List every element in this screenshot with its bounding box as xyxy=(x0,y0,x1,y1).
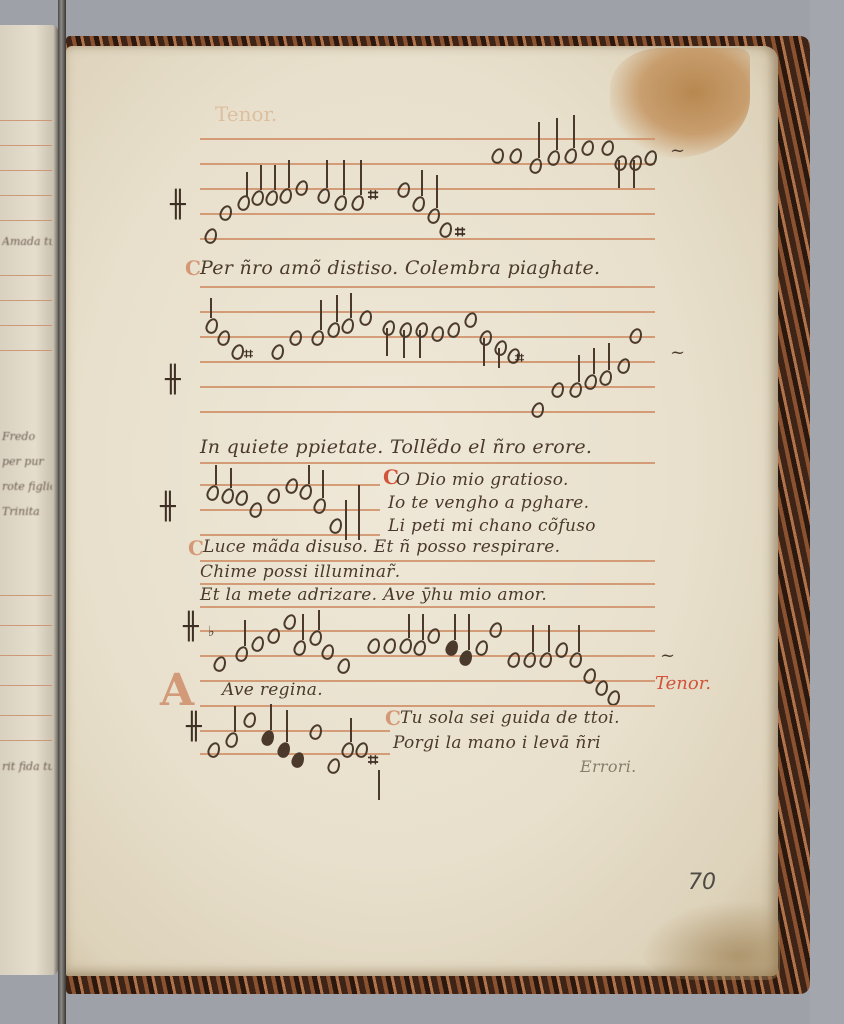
left-page-text: rote figlio xyxy=(2,480,52,493)
left-staff-line xyxy=(0,170,52,171)
note-stem xyxy=(403,330,405,358)
staff-line xyxy=(200,163,655,165)
staff-line xyxy=(200,311,655,313)
note-stem xyxy=(230,468,232,488)
note-stem xyxy=(538,122,540,158)
note-stem xyxy=(320,300,322,330)
clef-icon: ╫ xyxy=(160,492,176,522)
lyric-line: Porgi la mano i levā ñri xyxy=(393,733,601,753)
lyric-line: Et la mete adrizare. Ave ȳhu mio amor. xyxy=(200,585,547,605)
note-stem xyxy=(454,614,456,640)
note-stem xyxy=(322,470,324,498)
note-stem xyxy=(618,160,620,188)
staff-line xyxy=(200,411,655,413)
left-staff-line xyxy=(0,275,52,276)
left-staff-line xyxy=(0,350,52,351)
note-stem xyxy=(350,293,352,318)
voice-label-tenor-red: Tenor. xyxy=(655,673,711,694)
note-stem xyxy=(483,338,485,366)
left-staff-line xyxy=(0,685,52,686)
note-stem xyxy=(419,330,421,358)
note-stem xyxy=(386,328,388,356)
lyric-line: In quiete ppietate. Tollẽdo el ñro ero… xyxy=(200,436,592,458)
note-stem xyxy=(556,118,558,150)
voice-label-tenor: Tenor. xyxy=(215,102,277,126)
staff-line xyxy=(200,238,655,240)
note-stem xyxy=(234,706,236,732)
note-stem xyxy=(358,485,360,540)
left-staff-line xyxy=(0,655,52,656)
clef-icon: ╫ xyxy=(186,712,202,742)
staff-line xyxy=(200,138,655,140)
staff-line xyxy=(200,705,655,707)
left-staff-line xyxy=(0,195,52,196)
left-staff-line xyxy=(0,625,52,626)
custos-icon: ~ xyxy=(660,645,675,666)
note-stem xyxy=(318,610,320,630)
note-stem xyxy=(215,465,217,485)
left-staff-line xyxy=(0,145,52,146)
note-stem xyxy=(308,465,310,484)
staff-line xyxy=(200,655,655,657)
note-stem xyxy=(246,172,248,197)
note-stem xyxy=(578,625,580,652)
lyric-line: Luce mãda disuso. Et ñ posso respirare… xyxy=(203,537,560,557)
left-page-text: rit fida tuo xyxy=(2,760,52,773)
flat-sign-icon: ♭ xyxy=(208,624,215,640)
note-stem xyxy=(288,160,290,188)
lyric-line: Io te vengho a pghare. xyxy=(388,493,589,513)
lyric-line: Errori. xyxy=(580,757,637,776)
note-stem xyxy=(360,160,362,195)
left-staff-line xyxy=(0,300,52,301)
note-stem xyxy=(532,625,534,652)
lyric-line: Ave regina. xyxy=(222,680,323,700)
left-page-text: Amada tutto xyxy=(2,235,52,248)
staff-line xyxy=(200,188,655,190)
note-stem xyxy=(270,704,272,730)
note-stem xyxy=(548,625,550,652)
note-stem xyxy=(498,348,500,368)
note-stem xyxy=(274,165,276,190)
left-staff-line xyxy=(0,595,52,596)
note-stem xyxy=(336,295,338,322)
lyric-line: Per ñro amõ distiso. Colembra piaghate… xyxy=(200,257,600,279)
left-staff-line xyxy=(0,220,52,221)
staff-line xyxy=(200,630,655,632)
staff-line xyxy=(200,534,380,536)
ligature-icon: ⌗ xyxy=(515,348,524,368)
staff-line xyxy=(200,462,655,464)
note-stem xyxy=(573,115,575,148)
ligature-icon: ⌗ xyxy=(368,750,378,771)
clef-icon: ╫ xyxy=(170,190,186,220)
note-stem xyxy=(608,343,610,370)
note-stem xyxy=(436,175,438,208)
note-stem xyxy=(326,160,328,188)
note-stem xyxy=(345,500,347,540)
initial-letter: C xyxy=(188,536,204,560)
staff-line xyxy=(200,336,655,338)
note-stem xyxy=(286,710,288,742)
note-stem xyxy=(350,718,352,742)
ligature-icon: ⌗ xyxy=(368,185,378,206)
ligature-icon: ⌗ xyxy=(244,344,253,364)
staff-line xyxy=(200,361,655,363)
note-stem xyxy=(302,614,304,640)
left-staff-line xyxy=(0,715,52,716)
background-right xyxy=(810,0,844,1024)
initial-letter-a: A xyxy=(160,665,194,716)
left-page-text: Fredo xyxy=(2,430,52,443)
note-stem xyxy=(260,165,262,190)
left-staff-line xyxy=(0,325,52,326)
clef-icon: ╫ xyxy=(165,365,181,395)
note-stem xyxy=(343,160,345,195)
note-stem xyxy=(422,614,424,640)
initial-letter: C xyxy=(385,706,401,730)
custos-icon: ~ xyxy=(670,342,685,363)
book-gutter xyxy=(58,0,66,1024)
left-page-edge: Amada tutto Fredo per pur rote figlio Tr… xyxy=(0,25,58,975)
staff-line xyxy=(200,286,655,288)
lyric-line: O Dio mio gratioso. xyxy=(396,470,569,490)
left-page-text: Trinita xyxy=(2,505,52,518)
clef-icon: ╫ xyxy=(183,612,199,642)
note-stem xyxy=(468,614,470,650)
ligature-icon: ⌗ xyxy=(455,222,465,243)
initial-letter: C xyxy=(185,256,201,280)
folio-number: 70 xyxy=(688,870,716,895)
note-stem xyxy=(378,770,380,800)
note-stem xyxy=(210,298,212,318)
note-stem xyxy=(633,160,635,188)
note-stem xyxy=(244,620,246,646)
custos-icon: ~ xyxy=(670,140,685,161)
note-stem xyxy=(593,348,595,374)
left-page-text: per pur xyxy=(2,455,52,468)
note-stem xyxy=(578,355,580,382)
staff-line xyxy=(200,509,380,511)
left-staff-line xyxy=(0,740,52,741)
staff-line xyxy=(200,730,390,732)
note-stem xyxy=(421,170,423,196)
staff-line xyxy=(200,606,655,608)
lyric-line: Tu sola sei guida de ttoi. xyxy=(400,708,620,728)
left-staff-line xyxy=(0,120,52,121)
lyric-line: Chime possi illuminar̃. xyxy=(200,562,400,582)
lyric-line: Li peti mi chano cõfuso xyxy=(388,516,596,536)
note-stem xyxy=(408,614,410,638)
